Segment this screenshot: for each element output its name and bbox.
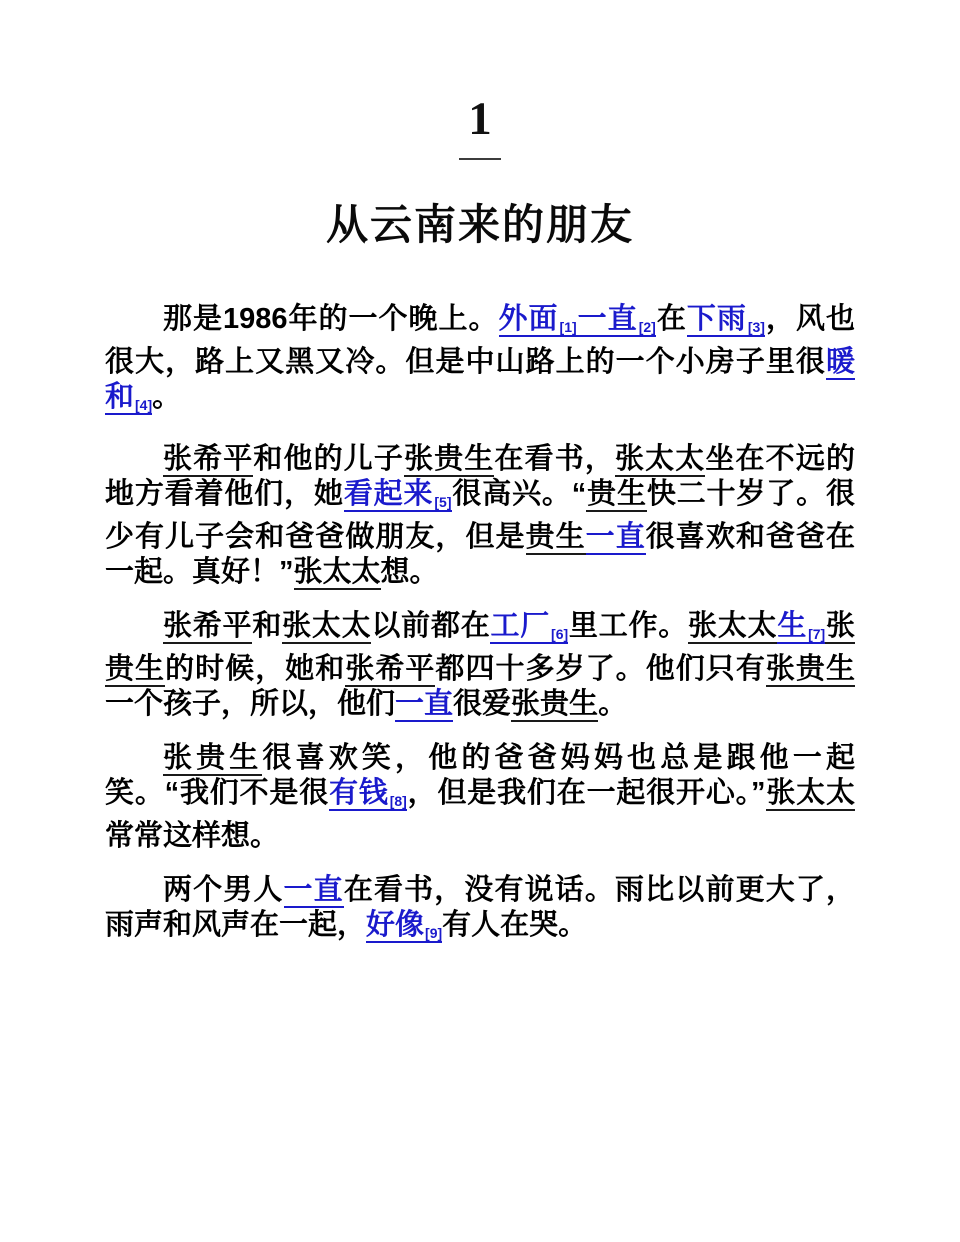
proper-name: 张太太 xyxy=(294,556,381,590)
paragraph: 张希平和张太太以前都在工厂[6]里工作。张太太生[7]张贵生的时候，她和张希平都… xyxy=(105,609,855,722)
text-run: 很高兴。“ xyxy=(452,478,587,510)
text-run: 的时候，她和 xyxy=(165,653,345,685)
vocab-word: 一直 xyxy=(577,303,638,335)
text-run: ，但是我们在一起很开心。” xyxy=(407,777,766,809)
story-text: 那是1986年的一个晚上。外面[1]一直[2]在下雨[3]，风也很大，路上又黑又… xyxy=(105,302,855,951)
paragraph: 张贵生很喜欢笑，他的爸爸妈妈也总是跟他一起笑。“我们不是很有钱[8]，但是我们在… xyxy=(105,741,855,854)
vocab-word: 生 xyxy=(777,610,807,642)
text-run: 在看书， xyxy=(494,443,615,475)
text-run: 和他的儿子 xyxy=(253,443,404,475)
proper-name: 张太太 xyxy=(615,443,705,477)
footnote-marker: [5] xyxy=(434,494,451,510)
vocab-word: 下雨 xyxy=(687,303,747,335)
footnote-marker: [7] xyxy=(808,626,825,642)
proper-name: 张贵生 xyxy=(511,688,598,722)
vocab-link[interactable]: 工厂[6] xyxy=(490,610,568,644)
vocab-link[interactable]: 一直[2] xyxy=(577,303,656,337)
proper-name: 张贵生 xyxy=(766,653,855,687)
text-run: 想。 xyxy=(381,556,439,588)
vocab-link[interactable]: 有钱[8] xyxy=(329,777,407,811)
vocab-link[interactable]: 生[7] xyxy=(777,610,825,644)
proper-name: 贵生 xyxy=(526,521,586,555)
text-run: 里工作。 xyxy=(568,610,688,642)
footnote-marker: [3] xyxy=(748,319,765,335)
text-run: 在 xyxy=(656,303,687,335)
text-run: 一个孩子，所以，他们 xyxy=(105,688,395,720)
text-run: 以前都在 xyxy=(371,610,490,642)
footnote-marker: [8] xyxy=(390,793,407,809)
vocab-word: 一直 xyxy=(284,874,344,906)
vocab-link[interactable]: 一直 xyxy=(284,874,344,908)
proper-name: 张希平 xyxy=(163,610,252,644)
text-run: 很爱 xyxy=(453,688,511,720)
footnote-marker: [4] xyxy=(135,397,152,413)
text-run: 都四十多岁了。他们只有 xyxy=(435,653,765,685)
text-run: 。 xyxy=(598,688,627,720)
footnote-marker: [2] xyxy=(639,319,656,335)
proper-name: 张太太 xyxy=(766,777,855,811)
vocab-link[interactable]: 看起来[5] xyxy=(344,478,452,512)
vocab-word: 工厂 xyxy=(490,610,550,642)
proper-name: 张希平 xyxy=(345,653,435,687)
vocab-link[interactable]: 外面[1] xyxy=(499,303,577,337)
vocab-link[interactable]: 好像[9] xyxy=(366,909,442,943)
chapter-title: 从云南来的朋友 xyxy=(105,202,855,248)
text-run: 有人在哭。 xyxy=(442,909,587,941)
proper-name: 张太太 xyxy=(688,610,777,644)
text-run: 那是1986年的一个晚上。 xyxy=(163,303,499,335)
paragraph: 那是1986年的一个晚上。外面[1]一直[2]在下雨[3]，风也很大，路上又黑又… xyxy=(105,302,855,423)
vocab-link[interactable]: 一直 xyxy=(586,521,646,555)
proper-name: 张太太 xyxy=(282,610,371,644)
text-run: 和 xyxy=(252,610,282,642)
proper-name: 张贵生 xyxy=(163,742,262,776)
proper-name: 贵生 xyxy=(586,478,647,512)
paragraph: 两个男人一直在看书，没有说话。雨比以前更大了，雨声和风声在一起，好像[9]有人在… xyxy=(105,873,855,951)
text-run: 两个男人 xyxy=(163,874,284,906)
paragraph: 张希平和他的儿子张贵生在看书，张太太坐在不远的地方看着他们，她看起来[5]很高兴… xyxy=(105,442,855,590)
proper-name: 张希平 xyxy=(163,443,253,477)
footnote-marker: [1] xyxy=(560,319,577,335)
vocab-word: 好像 xyxy=(366,909,424,941)
text-run: 。 xyxy=(152,381,181,413)
text-run: 常常这样想。 xyxy=(105,820,279,852)
ebook-page: 1 从云南来的朋友 那是1986年的一个晚上。外面[1]一直[2]在下雨[3]，… xyxy=(0,0,960,1242)
vocab-link[interactable]: 下雨[3] xyxy=(687,303,765,337)
proper-name: 张贵生 xyxy=(404,443,494,477)
vocab-word: 外面 xyxy=(499,303,559,335)
vocab-word: 有钱 xyxy=(329,777,389,809)
footnote-marker: [9] xyxy=(425,925,442,941)
vocab-link[interactable]: 一直 xyxy=(395,688,453,722)
vocab-word: 看起来 xyxy=(344,478,434,510)
chapter-divider xyxy=(459,158,501,160)
vocab-word: 一直 xyxy=(395,688,453,720)
footnote-marker: [6] xyxy=(551,626,568,642)
vocab-word: 一直 xyxy=(586,521,646,553)
chapter-number: 1 xyxy=(105,96,855,143)
